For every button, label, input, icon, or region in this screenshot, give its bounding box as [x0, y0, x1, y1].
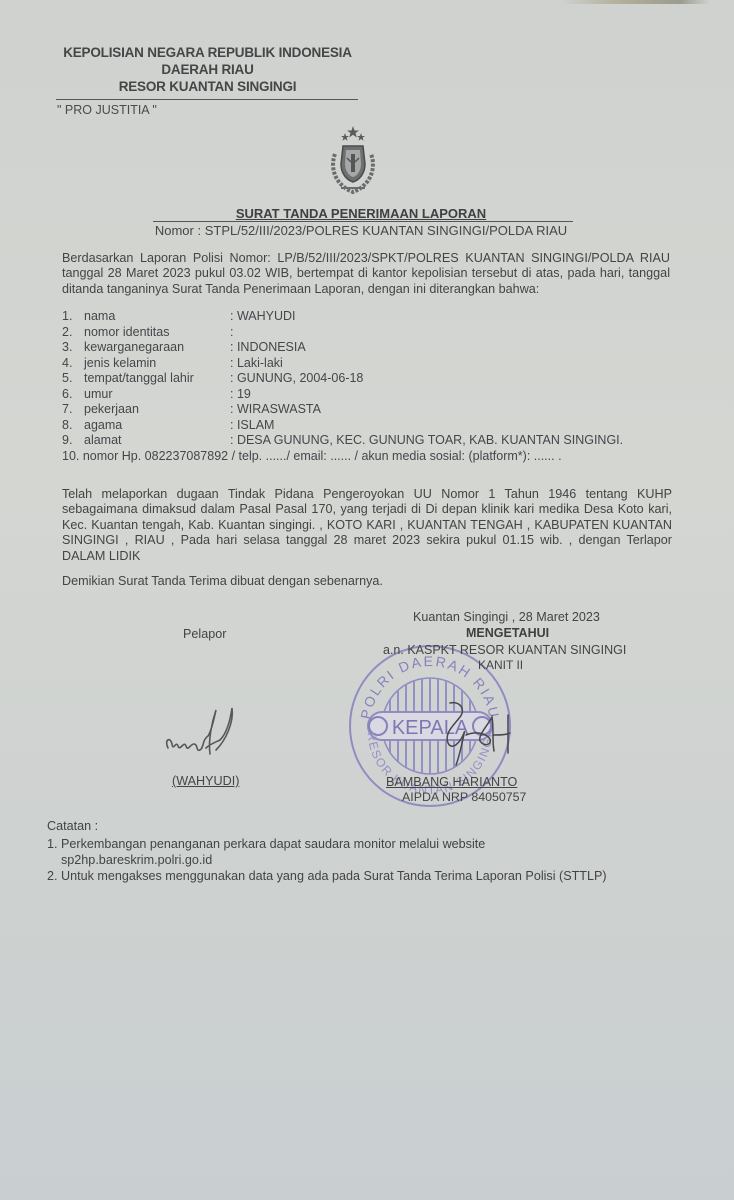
reporter-signature	[160, 700, 255, 770]
document-number: Nomor : STPL/52/III/2023/POLRES KUANTAN …	[148, 223, 574, 238]
field-row-nomor-identitas: 2. nomor identitas :	[62, 325, 702, 341]
reporter-name: (WAHYUDI)	[172, 774, 239, 788]
field-row-kewarganegaraan: 3. kewarganegaraan : INDONESIA	[62, 340, 702, 356]
police-report-receipt: KEPOLISIAN NEGARA REPUBLIK INDONESIA DAE…	[0, 0, 734, 1200]
letterhead-divider	[56, 99, 358, 100]
field-row-jenis-kelamin: 4. jenis kelamin : Laki-laki	[62, 356, 702, 372]
letterhead: KEPOLISIAN NEGARA REPUBLIK INDONESIA DAE…	[55, 44, 360, 95]
field-row-nama: 1. nama : WAHYUDI	[62, 309, 702, 325]
closing-statement: Demikian Surat Tanda Terima dibuat denga…	[62, 574, 383, 588]
reporter-label: Pelapor	[183, 627, 226, 641]
field-row-alamat: 9. alamat : DESA GUNUNG, KEC. GUNUNG TOA…	[62, 433, 702, 449]
title-divider	[153, 221, 573, 222]
notes-heading: Catatan :	[47, 819, 98, 833]
signing-place-date: Kuantan Singingi , 28 Maret 2023	[413, 610, 600, 624]
acknowledged-label: MENGETAHUI	[466, 626, 549, 640]
photo-edge-smudge	[560, 0, 710, 4]
field-row-agama: 8. agama : ISLAM	[62, 418, 702, 434]
letterhead-line-2: DAERAH RIAU	[55, 61, 360, 78]
intro-paragraph: Berdasarkan Laporan Polisi Nomor: LP/B/5…	[62, 251, 670, 297]
field-row-pekerjaan: 7. pekerjaan : WIRASWASTA	[62, 402, 702, 418]
document-title: SURAT TANDA PENERIMAAN LAPORAN	[150, 206, 572, 221]
officer-name: BAMBANG HARIANTO	[386, 775, 517, 789]
officer-rank-nrp: AIPDA NRP 84050757	[402, 790, 526, 804]
field-row-tempat-tanggal-lahir: 5. tempat/tanggal lahir : GUNUNG, 2004-0…	[62, 371, 702, 387]
note-item-2: 2. Untuk mengakses menggunakan data yang…	[47, 868, 607, 884]
notes-list: 1. Perkembangan penanganan perkara dapat…	[47, 836, 607, 884]
officer-signature	[430, 695, 540, 775]
on-behalf-of: a.n. KASPKT RESOR KUANTAN SINGINGI	[383, 643, 626, 657]
note-item-1: 1. Perkembangan penanganan perkara dapat…	[47, 836, 607, 852]
note-website: sp2hp.bareskrim.polri.go.id	[47, 852, 607, 868]
polri-emblem-icon	[325, 124, 381, 196]
officer-position: KANIT II	[478, 658, 523, 672]
letterhead-line-1: KEPOLISIAN NEGARA REPUBLIK INDONESIA	[55, 44, 360, 61]
reporter-identity-fields: 1. nama : WAHYUDI 2. nomor identitas : 3…	[62, 309, 702, 464]
pro-justitia: " PRO JUSTITIA "	[57, 103, 157, 117]
report-description: Telah melaporkan dugaan Tindak Pidana Pe…	[62, 487, 672, 564]
field-row-umur: 6. umur : 19	[62, 387, 702, 403]
field-row-contact: 10. nomor Hp. 082237087892 / telp. .....…	[62, 449, 702, 465]
letterhead-line-3: RESOR KUANTAN SINGINGI	[55, 78, 360, 95]
